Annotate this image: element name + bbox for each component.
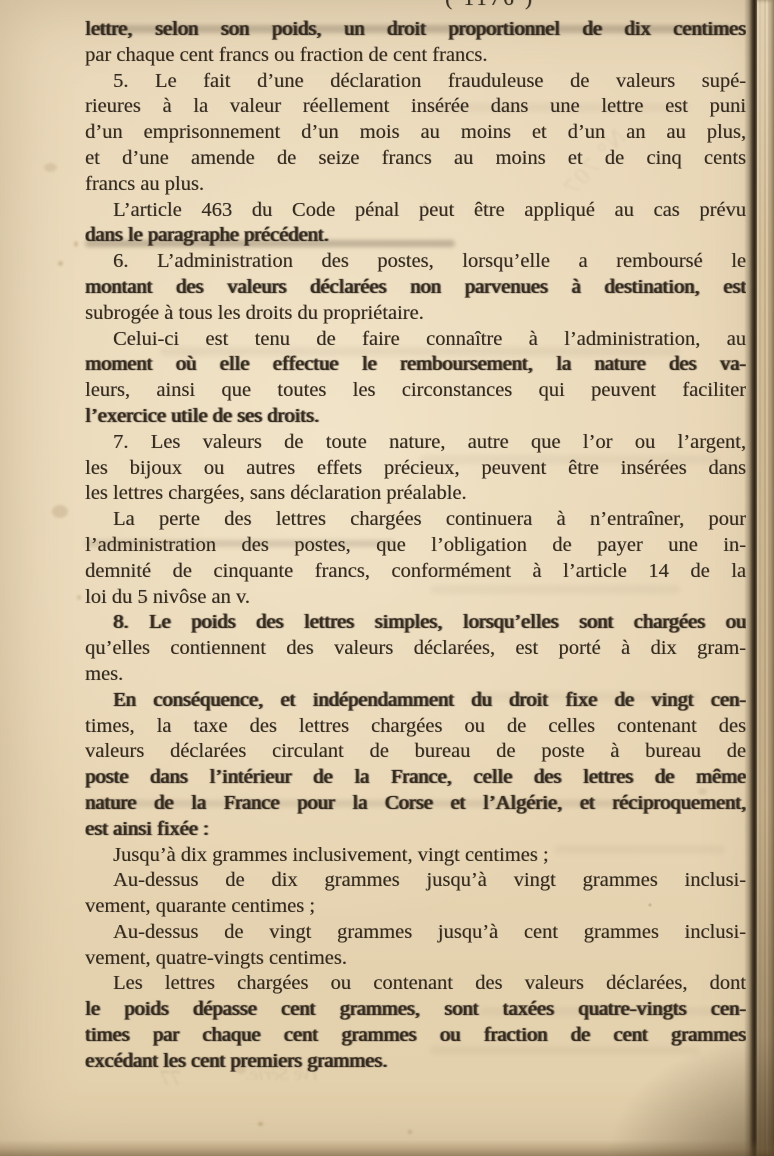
text-line: est ainsi fixée : [85,817,746,843]
text-line: Jusqu’à dix grammes inclusivement, vingt… [85,843,746,869]
text-line: L’article 463 du Code pénal peut être ap… [85,198,746,224]
text-line: vement, quarante centimes ; [85,894,746,920]
text-line: 7. Les valeurs de toute nature, autre qu… [85,430,746,456]
bottom-right-corner-shadow [594,1026,774,1156]
text-line: les bijoux ou autres effets précieux, pe… [85,456,746,482]
text-line: leurs, ainsi que toutes les circonstance… [85,378,746,404]
text-line: nature de la France pour la Corse et l’A… [85,791,746,817]
text-line: moment où elle effectue le remboursement… [85,352,746,378]
text-line: d’un emprisonnement d’un mois au moins e… [85,120,746,146]
text-line: montant des valeurs déclarées non parven… [85,275,746,301]
text-line: Au-dessus de vingt grammes jusqu’à cent … [85,920,746,946]
text-line: poste dans l’intérieur de la France, cel… [85,765,746,791]
stain [52,505,68,518]
stain [58,261,63,266]
text-line: l’administration des postes, que l’oblig… [85,533,746,559]
text-line: lettre, selon son poids, un droit propor… [85,17,746,43]
text-line: qu’elles contiennent des valeurs déclaré… [85,636,746,662]
stain [77,595,81,600]
text-line: 8. Le poids des lettres simples, lorsqu’… [85,610,746,636]
text-line: Les lettres chargées ou contenant des va… [85,971,746,997]
text-line: le poids dépasse cent grammes, sont taxé… [85,997,746,1023]
text-line: l’exercice utile de ses droits. [85,404,746,430]
text-line: vement, quatre-vingts centimes. [85,946,746,972]
text-line: Celui-ci est tenu de faire connaître à l… [85,327,746,353]
page-number-header: ( 1176 ) [420,0,560,11]
text-line: La perte des lettres chargées continuera… [85,507,746,533]
stain [74,241,78,247]
text-line: Au-dessus de dix grammes jusqu’à vingt g… [85,868,746,894]
page-edge-band [757,0,774,1156]
text-line: times, la taxe des lettres chargées ou d… [85,714,746,740]
text-line: valeurs déclarées circulant de bureau de… [85,739,746,765]
text-line: En conséquence, et indépendamment du dro… [85,688,746,714]
stain [408,1130,412,1134]
page-text: lettre, selon son poids, un droit propor… [85,17,746,1075]
text-line: subrogée à tous les droits du propriétai… [85,301,746,327]
text-line: mes. [85,662,746,688]
text-line: et d’une amende de seize francs au moins… [85,146,746,172]
text-line: les lettres chargées, sans déclaration p… [85,481,746,507]
stain [44,163,57,172]
text-line: loi du 5 nivôse an v. [85,585,746,611]
text-line: dans le paragraphe précédent. [85,223,746,249]
text-line: rieures à la valeur réellement insérée d… [85,94,746,120]
text-line: francs au plus. [85,172,746,198]
stain [258,1122,263,1126]
bottom-edge-shadow [0,1140,774,1156]
text-line: 5. Le fait d’une déclaration frauduleuse… [85,69,746,95]
text-line: demnité de cinquante francs, conformémen… [85,559,746,585]
book-gutter-shadow [744,0,758,1156]
text-line: par chaque cent francs ou fraction de ce… [85,43,746,69]
scanned-page: N° 707 77 IVe Série. ( 1176 ) lettre, se… [0,0,774,1156]
text-line: 6. L’administration des postes, lorsqu’e… [85,249,746,275]
